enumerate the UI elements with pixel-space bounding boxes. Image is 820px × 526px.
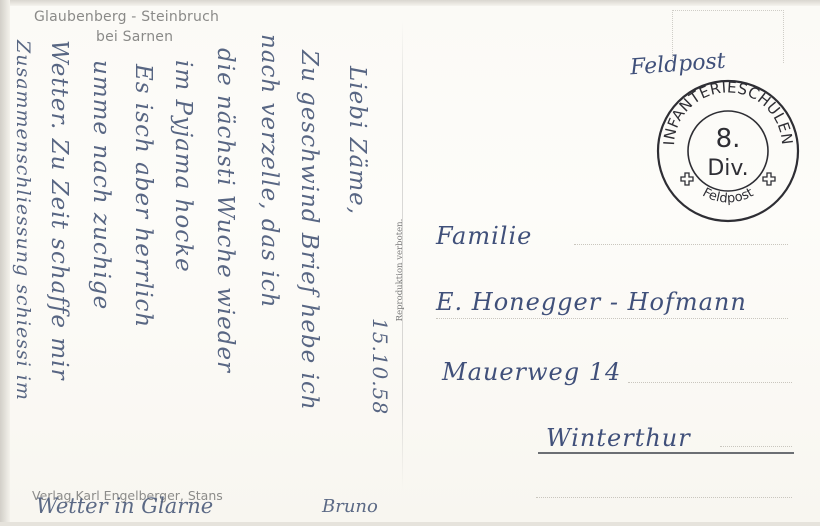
city-underline [538,452,794,454]
message-line: Es isch aber herrlich [130,64,156,328]
card-edge-left [0,0,10,526]
caption-subtitle: bei Sarnen [96,29,173,45]
address-line-2: E. Honegger - Hofmann [436,288,747,316]
caption-title: Glaubenberg - Steinbruch [34,9,219,25]
message-line: Wetter. Zu Zeit schaffe mir [46,40,72,381]
swiss-cross-icon [763,173,775,185]
postcard-back: Glaubenberg - Steinbruch bei Sarnen 15.1… [0,0,820,526]
message-line: nach verzelle, das ich [256,34,282,308]
message-closing: Wetter in Glarne [36,494,213,518]
message-date: 15.10.58 [368,318,392,415]
swiss-cross-icon [681,173,693,185]
address-rule [628,382,792,383]
message-line: im Pyjama hocke [170,60,196,273]
card-edge-bottom [0,522,820,526]
message-line: Liebi Zäme, [344,66,370,215]
postmark-division-number: 8. [716,124,741,154]
message-line: Zusammenschliessung schiessi im [12,40,34,401]
postmark-division-label: Div. [707,156,748,181]
postmark-ring-bottom: Feldpost [700,185,756,206]
postmark-stamp: INFANTERIESCHULEN Feldpost 8. Div. [654,77,802,225]
message-signature: Bruno [322,496,378,517]
feldpost-handwritten: Feldpost [629,49,726,81]
reproduction-notice: Reproduktion verboten. [395,219,405,322]
address-rule [536,497,792,498]
address-rule [720,446,792,447]
card-edge-top [0,0,820,6]
address-line-3: Mauerweg 14 [442,358,621,386]
message-line: die nächsti Wuche wieder [212,48,238,373]
message-line: Zu geschwind Brief hebe ich [296,50,322,411]
address-line-1: Familie [436,222,532,250]
address-rule [436,318,788,319]
message-line: umme nach zuchige [88,60,114,310]
address-rule [574,244,788,245]
address-line-4: Winterthur [546,424,691,452]
